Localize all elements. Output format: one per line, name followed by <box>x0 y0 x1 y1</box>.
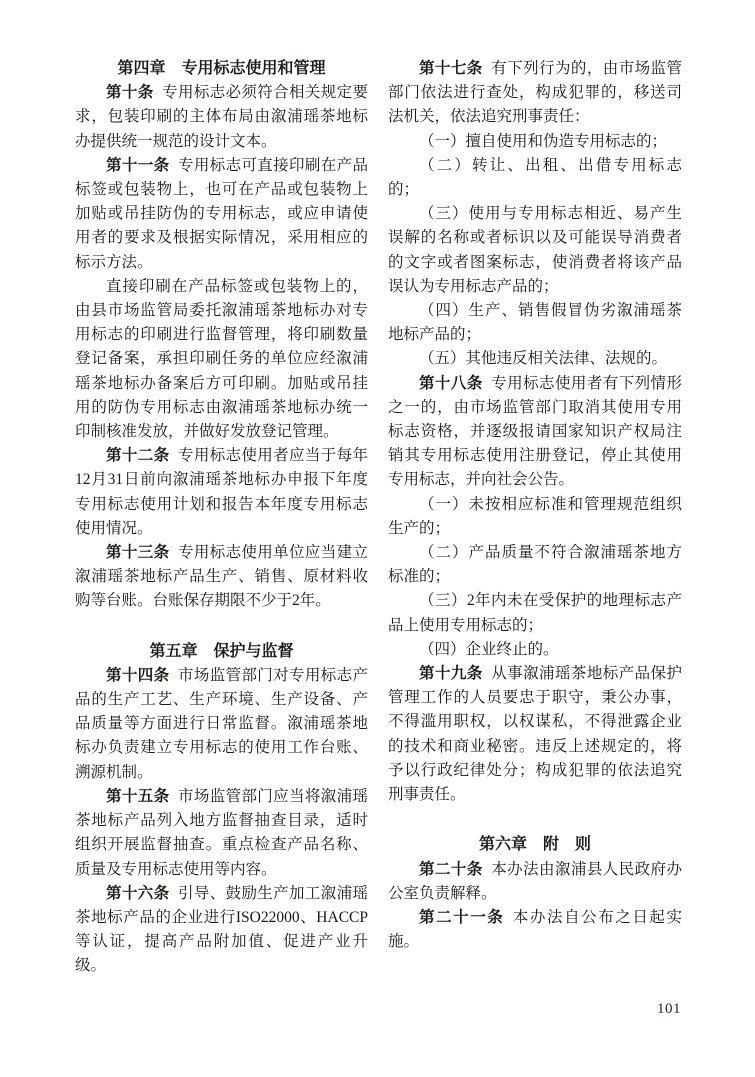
article-paragraph: 第十二条专用标志使用者应当于每年12月31日前向溆浦瑶茶地标办申报下年度专用标志… <box>75 444 368 541</box>
article-number: 第十三条 <box>106 544 169 561</box>
page-body: 第四章 专用标志使用和管理 第十条专用标志必须符合相关规定要求，包装印刷的主体布… <box>0 0 755 979</box>
list-item-text: （二）转让、出租、出借专用标志的； <box>388 157 682 198</box>
article-paragraph: 第二十一条本办法自公布之日起实施。 <box>388 906 682 954</box>
list-item-text: （五）其他违反相关法律、法规的。 <box>419 350 667 367</box>
paragraph-text: 直接印刷在产品标签或包装物上的，由县市场监管局委托溆浦瑶茶地标办对专用标志的印刷… <box>75 278 368 440</box>
article-text: 从事溆浦瑶茶地标产品保护管理工作的人员要忠于职守，秉公办事，不得滥用职权，以权谋… <box>388 665 682 803</box>
chapter-heading: 第六章 附 则 <box>388 833 682 857</box>
list-item-text: （四）生产、销售假冒伪劣溆浦瑶茶地标产品的； <box>388 302 682 343</box>
list-item-text: （二）产品质量不符合溆浦瑶茶地方标准的； <box>388 544 682 585</box>
article-paragraph: 第十六条引导、鼓励生产加工溆浦瑶茶地标产品的企业进行ISO22000、HACCP… <box>75 882 368 979</box>
article-paragraph: 第二十条本办法由溆浦县人民政府办公室负责解释。 <box>388 858 682 906</box>
list-item-paragraph: （一）擅自使用和伪造专用标志的； <box>388 130 682 154</box>
list-item-text: （三）2年内未在受保护的地理标志产品上使用专用标志的； <box>388 592 682 633</box>
article-number: 第十一条 <box>106 157 169 174</box>
list-item-text: （一）未按相应标准和管理规范组织生产的； <box>388 496 682 537</box>
article-number: 第十四条 <box>106 667 169 684</box>
article-paragraph: 第十一条专用标志可直接印刷在产品标签或包装物上，也可在产品或包装物上加贴或吊挂防… <box>75 154 368 275</box>
article-paragraph: 第十五条市场监管部门应当将溆浦瑶茶地标产品列入地方监督抽查目录，适时组织开展监督… <box>75 785 368 882</box>
list-item-paragraph: （二）转让、出租、出借专用标志的； <box>388 154 682 202</box>
article-number: 第十六条 <box>106 885 169 902</box>
article-paragraph: 第十四条市场监管部门对专用标志产品的生产工艺、生产环境、生产设备、产品质量等方面… <box>75 664 368 785</box>
right-column: 第十七条有下列行为的，由市场监管部门依法进行查处，构成犯罪的，移送司法机关，依法… <box>388 57 682 979</box>
article-number: 第十条 <box>106 84 154 101</box>
article-number: 第二十一条 <box>419 909 504 926</box>
document-page: { "page_number": "101", "left": { "block… <box>0 0 755 1077</box>
list-item-paragraph: （三）使用与专用标志相近、易产生误解的名称或者标识以及可能误导消费者的文字或者图… <box>388 202 682 299</box>
list-item-text: （四）企业终止的。 <box>419 641 559 658</box>
body-paragraph: 直接印刷在产品标签或包装物上的，由县市场监管局委托溆浦瑶茶地标办对专用标志的印刷… <box>75 275 368 444</box>
article-paragraph: 第十八条专用标志使用者有下列情形之一的，由市场监管部门取消其使用专用标志资格，并… <box>388 372 682 493</box>
article-paragraph: 第十三条专用标志使用单位应当建立溆浦瑶茶地标产品生产、销售、原材料收购等台账。台… <box>75 541 368 614</box>
article-number: 第二十条 <box>419 861 483 878</box>
left-column: 第四章 专用标志使用和管理 第十条专用标志必须符合相关规定要求，包装印刷的主体布… <box>75 57 368 979</box>
list-item-paragraph: （三）2年内未在受保护的地理标志产品上使用专用标志的； <box>388 589 682 637</box>
chapter-heading: 第五章 保护与监督 <box>75 640 368 664</box>
article-paragraph: 第十九条从事溆浦瑶茶地标产品保护管理工作的人员要忠于职守，秉公办事，不得滥用职权… <box>388 662 682 807</box>
article-number: 第十七条 <box>419 60 483 77</box>
list-item-text: （三）使用与专用标志相近、易产生误解的名称或者标识以及可能误导消费者的文字或者图… <box>388 205 682 295</box>
article-number: 第十二条 <box>106 447 169 464</box>
list-item-paragraph: （五）其他违反相关法律、法规的。 <box>388 347 682 371</box>
article-paragraph: 第十七条有下列行为的，由市场监管部门依法进行查处，构成犯罪的，移送司法机关，依法… <box>388 57 682 130</box>
list-item-text: （一）擅自使用和伪造专用标志的； <box>419 133 667 150</box>
list-item-paragraph: （四）生产、销售假冒伪劣溆浦瑶茶地标产品的； <box>388 299 682 347</box>
list-item-paragraph: （一）未按相应标准和管理规范组织生产的； <box>388 493 682 541</box>
list-item-paragraph: （四）企业终止的。 <box>388 638 682 662</box>
page-number: 101 <box>657 1001 681 1018</box>
list-item-paragraph: （二）产品质量不符合溆浦瑶茶地方标准的； <box>388 541 682 589</box>
article-number: 第十九条 <box>419 665 483 682</box>
chapter-heading: 第四章 专用标志使用和管理 <box>75 57 368 81</box>
article-number: 第十五条 <box>106 788 169 805</box>
article-paragraph: 第十条专用标志必须符合相关规定要求，包装印刷的主体布局由溆浦瑶茶地标办提供统一规… <box>75 81 368 154</box>
article-number: 第十八条 <box>419 375 483 392</box>
